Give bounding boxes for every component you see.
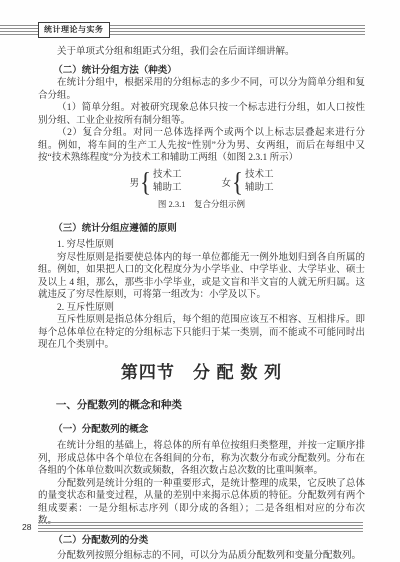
- intro-paragraph: 关于单项式分组和组距式分组，我们会在后面详细讲解。: [38, 46, 365, 59]
- header-rule-left: [0, 25, 38, 35]
- paragraph: 穷尽性原则是指要使总体内的每一单位都能无一例外地划归到各自所属的组。例如，如果把…: [38, 252, 365, 302]
- paragraph: 在统计分组中，根据采用的分组标志的多少不同，可以分为简单分组和复合分组。: [38, 77, 365, 102]
- brace-icon: {: [140, 169, 151, 196]
- subheading-exclusiveness: 2. 互斥性原则: [38, 302, 365, 315]
- paragraph: 分配数列按照分组标志的不同，可以分为品质分配数列和变量分配数列。: [38, 550, 365, 562]
- header-title: 统计理论与实务: [44, 25, 104, 34]
- group-item: 技术工: [153, 169, 182, 183]
- footer-rule: [38, 522, 363, 532]
- paragraph: 在统计分组的基础上，将总体的所有单位按组归类整理，并按一定顺序排列，形成总体中各…: [38, 440, 365, 478]
- heading-grouping-methods: （二）统计分组方法（种类）: [38, 65, 365, 78]
- group-items: 技术工 辅助工: [245, 169, 274, 196]
- book-page: 统计理论与实务 关于单项式分组和组距式分组，我们会在后面详细讲解。 （二）统计分…: [0, 0, 400, 562]
- header-rule-right: [110, 25, 366, 35]
- page-footer: 28: [0, 521, 363, 533]
- heading-classification: （二）分配数列的分类: [38, 535, 365, 548]
- paragraph: （1）简单分组。对被研究现象总体只按一个标志进行分组，如人口按性别分组、工业企业…: [38, 102, 365, 127]
- header-title-box: 统计理论与实务: [38, 22, 110, 37]
- group-item: 辅助工: [245, 182, 274, 196]
- paragraph: 互斥性原则是指总体分组后，每个组的范围应该互不相容、互相排斥。即每个总体单位在特…: [38, 314, 365, 352]
- page-content: 关于单项式分组和组距式分组，我们会在后面详细讲解。 （二）统计分组方法（种类） …: [0, 0, 400, 562]
- paragraph: 分配数列是统计分组的一种重要形式，是统计整理的成果，它反映了总体的量变状态和量变…: [38, 478, 365, 528]
- brace-icon: {: [232, 169, 243, 196]
- heading-concept-and-types: 一、分配数列的概念和种类: [38, 398, 365, 412]
- subheading-exhaustiveness: 1. 穷尽性原则: [38, 239, 365, 252]
- running-head: 统计理论与实务: [0, 22, 365, 38]
- group-item: 辅助工: [153, 182, 182, 196]
- page-number: 28: [0, 522, 38, 532]
- group-item: 技术工: [245, 169, 274, 183]
- figure-group-female: 女 { 技术工 辅助工: [222, 169, 274, 196]
- paragraph: （2）复合分组。对同一总体选择两个或两个以上标志层叠起来进行分组。例如，将车间的…: [38, 127, 365, 165]
- group-label: 女: [222, 175, 232, 189]
- figure-caption: 图 2.3.1 复合分组示例: [38, 199, 365, 210]
- figure-group-male: 男 { 技术工 辅助工: [130, 169, 182, 196]
- heading-concept: （一）分配数列的概念: [38, 424, 365, 437]
- group-items: 技术工 辅助工: [153, 169, 182, 196]
- figure-composite-grouping: 男 { 技术工 辅助工 女 { 技术工 辅助工: [38, 169, 365, 196]
- heading-grouping-principles: （三）统计分组应遵循的原则: [38, 223, 365, 236]
- section-title: 第四节 分 配 数 列: [38, 362, 365, 384]
- group-label: 男: [130, 175, 140, 189]
